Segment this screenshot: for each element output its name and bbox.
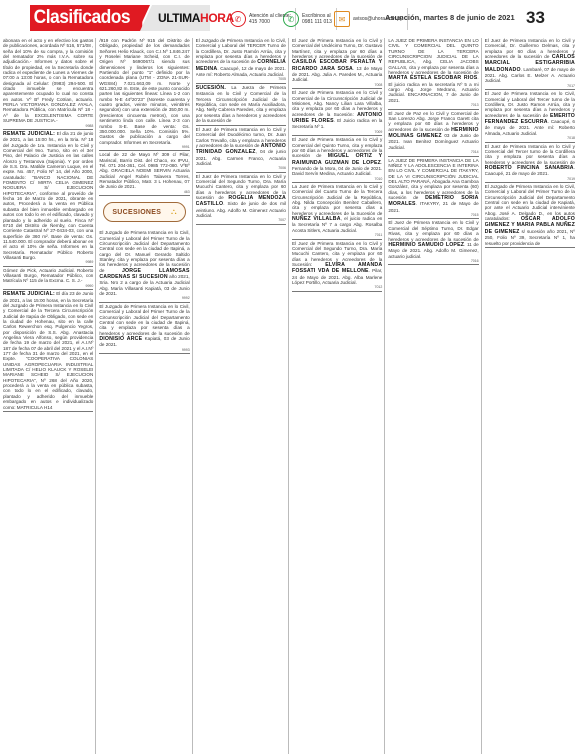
notice-code: 7019 xyxy=(485,177,575,181)
legal-notice: LA JUEZ DE PRIMERA INSTANCIA DE LA NIÑEZ… xyxy=(388,158,478,220)
section-label: SUCESIONES xyxy=(112,209,161,216)
legal-notice: El Juez de Primera Instancia en lo Civil… xyxy=(196,127,286,173)
legal-notice: El Juez de Primera Instancia en lo Civil… xyxy=(485,144,575,184)
legal-notice: /919 con Padrón Nº 915 del Distrito de O… xyxy=(99,38,189,151)
legal-notice: El Juzgado de Primera Instancia en lo Ci… xyxy=(196,38,286,84)
notice-code: 7015 xyxy=(388,213,478,217)
page-header: Clasificados ULTIMAHORA ✆ Atención al cl… xyxy=(0,0,580,36)
notice-code: 7014 xyxy=(388,150,478,154)
legal-notice: El Juez de Primera Instancia en lo Civil… xyxy=(485,91,575,142)
legal-notice: SUCESIÓN. La Jueza de Primera Instancia … xyxy=(196,85,286,126)
newspaper-logo: ULTIMAHORA xyxy=(158,8,234,28)
contact-whatsapp-number: 0981 111 013 xyxy=(302,19,332,25)
issue-date: Asunción, martes 8 de junio de 2021 xyxy=(385,13,515,22)
legal-notice: El Juez de Primera Instancia en lo Civil… xyxy=(388,220,478,265)
column-4: El Juez de Primera Instancia en lo Civil… xyxy=(292,38,385,754)
notice-code: 9992 xyxy=(99,296,189,300)
legal-notice: abonara en el acto y en efectivo los gas… xyxy=(3,38,93,130)
notice-name: REMATE JUDICIAL: xyxy=(3,291,55,297)
legal-notice: El Juez de Primera Instancia en lo Civil… xyxy=(292,38,382,89)
notice-name: ROBERTO FINCINA SANABRIA xyxy=(485,165,574,171)
notice-code: 7006 xyxy=(196,166,286,170)
classifieds-columns: abonara en el acto y en efectivo los gas… xyxy=(3,38,577,754)
section-brand: Clasificados xyxy=(30,5,142,31)
column-5: LA JUEZ DE PRIMERA INSTANCIA EN LO CIVIL… xyxy=(388,38,481,754)
column-3: El Juzgado de Primera Instancia en lo Ci… xyxy=(196,38,289,754)
notice-code: 7008 xyxy=(292,83,382,87)
notice-code: 9989 xyxy=(3,260,93,264)
notice-code: 7011 xyxy=(292,233,382,237)
legal-notice: El Juzgado de Primera Instancia en lo Ci… xyxy=(99,304,189,354)
notice-code: 463 xyxy=(99,190,189,194)
whatsapp-icon: ✆ xyxy=(283,11,299,27)
notice-code: 7005 xyxy=(196,77,286,81)
notice-code: 7013 xyxy=(388,103,478,107)
legal-notice: El Juez de Primera Instancia en lo Civil… xyxy=(196,174,286,225)
legal-notice: Gómez de Pick, Actuario Judicial. Robert… xyxy=(3,268,93,291)
legal-notice: LA JUEZ DE PRIMERA INSTANCIA EN LO CIVIL… xyxy=(388,38,478,110)
legal-notice: El Juez de Primera Instancia en lo Civil… xyxy=(292,90,382,136)
legal-notice: Local de 22 de Mayo Nº 309 c/ Pilar, Mar… xyxy=(99,152,189,196)
notice-code: 7018 xyxy=(485,136,575,140)
notice-code: 9990 xyxy=(3,284,93,288)
notice-name: REMATE JUDICIAL: xyxy=(3,131,55,137)
section-badge-sucesiones: SUCESIONES⛬ xyxy=(103,202,185,222)
logo-part1: ULTIMA xyxy=(158,11,200,25)
legal-notice: El Juzgado de Primera Instancia en lo Ci… xyxy=(99,230,189,303)
notice-name: HERMINIO SAMUDIO LOPEZ xyxy=(388,242,464,248)
legal-notice: REMATE JUDICIAL: El día 23 de Junio de 2… xyxy=(3,291,93,412)
page-number: 33 xyxy=(526,8,545,28)
notice-code: 9991 xyxy=(99,145,189,149)
legal-notice: El Juez de Primera Instancia en lo Civil… xyxy=(292,137,382,183)
phone-icon: ✆ xyxy=(230,11,246,27)
legal-notice: El Juez de Paz en lo Civil y Comercial d… xyxy=(388,111,478,157)
notice-code: 9993 xyxy=(99,348,189,352)
notice-code: 7009 xyxy=(292,130,382,134)
column-6: El Juez de Primera Instancia en lo Civil… xyxy=(485,38,577,754)
notice-code: 7007 xyxy=(196,218,286,222)
notice-name: DIONISIO ARCE xyxy=(99,336,142,342)
notice-code: 7016 xyxy=(388,259,478,263)
notice-code: 7012 xyxy=(292,285,382,289)
envelope-icon: ✉ xyxy=(334,11,350,27)
notice-code: 7010 xyxy=(292,177,382,181)
notice-name: SUCESIÓN. xyxy=(196,85,226,91)
notice-name: MARTA ESTELA ESCOBAR RIOS xyxy=(388,75,477,81)
legal-notice: La Juez de Primera Instancia en lo Civil… xyxy=(292,184,382,240)
family-tree-icon: ⛬ xyxy=(171,207,177,217)
column-1: abonara en el acto y en efectivo los gas… xyxy=(3,38,96,754)
column-2: /919 con Padrón Nº 915 del Distrito de O… xyxy=(99,38,192,754)
legal-notice: El Juez de Primera Instancia en lo Civil… xyxy=(485,38,575,90)
legal-notice: El Juez de Primera Instancia en lo Civil… xyxy=(292,241,382,292)
contact-whatsapp: ✆ Escríbinos al0981 111 013 xyxy=(283,8,337,30)
contact-phone-number: 415 7000 xyxy=(249,19,270,25)
notice-code: 9988 xyxy=(3,124,93,128)
notice-code: 7017 xyxy=(485,84,575,88)
legal-notice: El Juzgado de Primera Instancia en lo Ci… xyxy=(485,184,575,248)
logo-part2: HORA xyxy=(200,11,234,25)
notice-name: NUÑEZ VILLALBA xyxy=(292,216,341,222)
legal-notice: REMATE JUDICIAL: El día 21 de junio de 2… xyxy=(3,131,93,267)
